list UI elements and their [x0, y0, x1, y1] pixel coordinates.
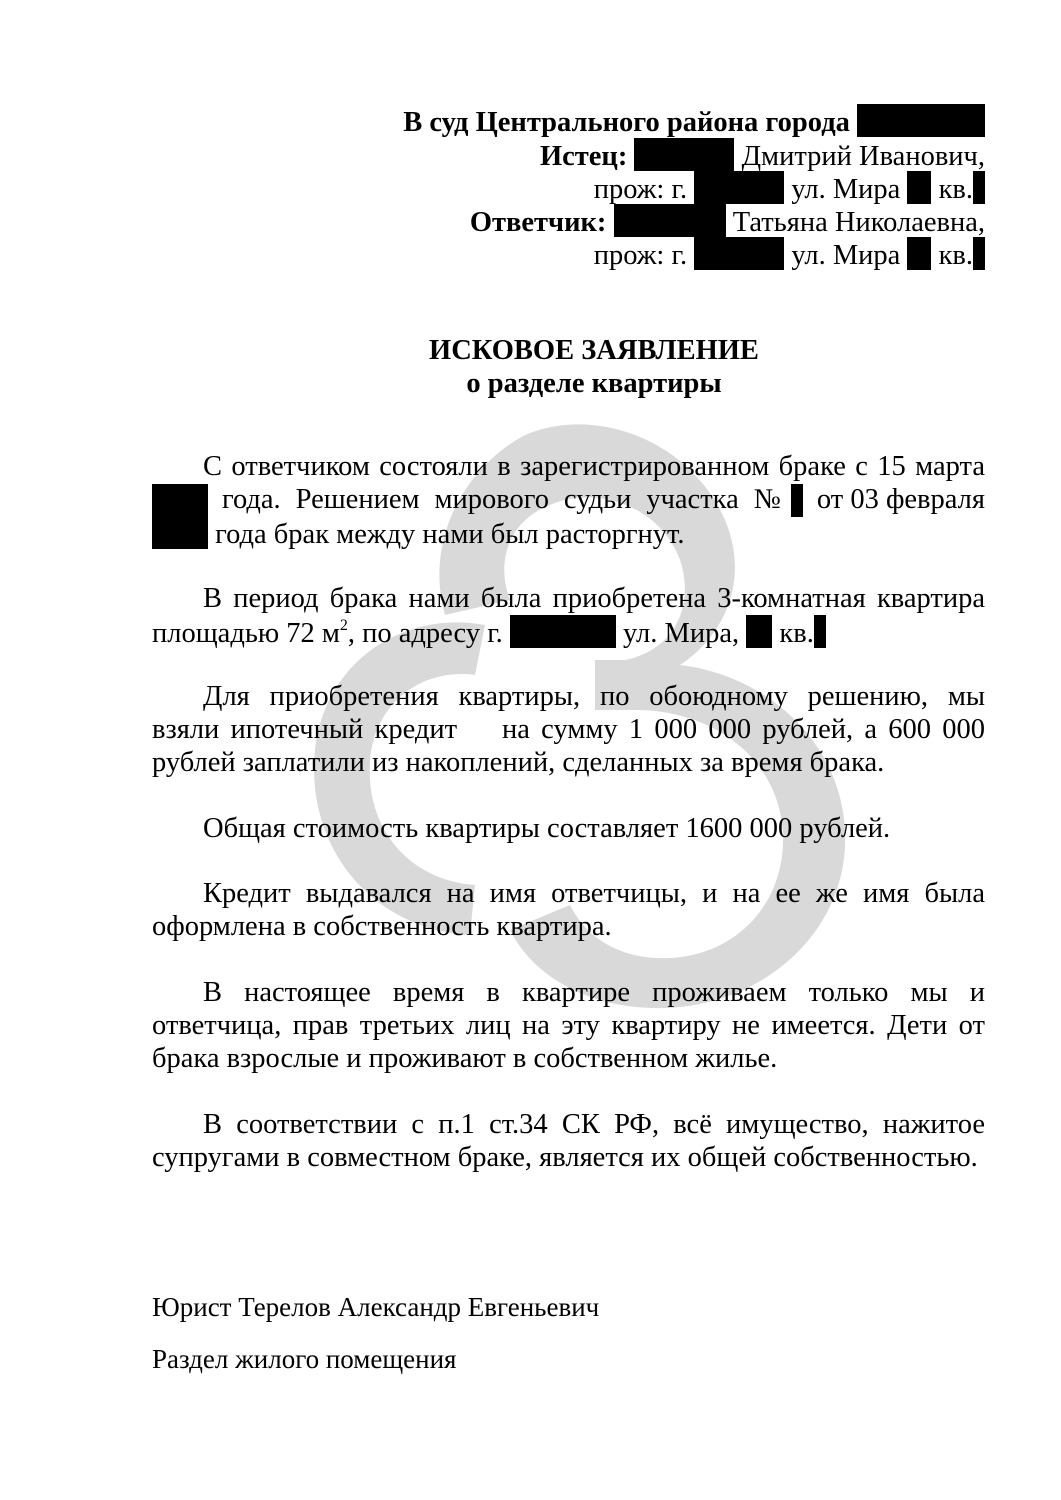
paragraph-3-line-2: взяли ипотечный кредит на сумму 1 000 00…	[152, 713, 985, 747]
defendant-label: Ответчик:	[470, 207, 607, 238]
redaction-plaintiff-city	[694, 171, 784, 204]
plaintiff-address: прож: г. ул. Мира кв.	[594, 171, 985, 207]
redaction-defendant-surname	[614, 204, 726, 237]
redaction-apartment-house	[746, 615, 772, 648]
redaction-divorce-year	[152, 516, 208, 549]
paragraph-6-line-2: ответчица, прав третьих лиц на эту кварт…	[152, 1009, 985, 1043]
paragraph-7-line-2: супругами в совместном браке, является и…	[152, 1141, 978, 1175]
topic-line: Раздел жилого помещения	[152, 1342, 456, 1376]
paragraph-6-line-1: В настоящее время в квартире проживаем т…	[203, 976, 985, 1010]
paragraph-2-line-1: В период брака нами была приобретена 3-к…	[203, 582, 985, 616]
defendant-line: Ответчик: Татьяна Николаевна,	[470, 204, 985, 240]
paragraph-7-line-1: В соответствии с п.1 ст.34 СК РФ, всё им…	[203, 1108, 985, 1142]
redaction-apartment-number	[814, 615, 826, 648]
redaction-plaintiff-house	[907, 171, 931, 204]
paragraph-3-line-3: рублей заплатили из накоплений, сделанны…	[152, 746, 884, 780]
document-subtitle: о разделе квартиры	[0, 367, 1061, 401]
plaintiff-label: Истец:	[540, 141, 627, 172]
paragraph-1-line-3: года брак между нами был расторгнут.	[152, 516, 685, 552]
defendant-address: прож: г. ул. Мира кв.	[594, 237, 985, 273]
redaction-defendant-city	[694, 237, 784, 270]
document-title: ИСКОВОЕ ЗАЯВЛЕНИЕ	[0, 334, 1061, 368]
paragraph-4-line-1: Общая стоимость квартиры составляет 1600…	[203, 812, 890, 846]
paragraph-6-line-3: брака взрослые и проживают в собственном…	[152, 1042, 777, 1076]
paragraph-5-line-2: оформлена в собственность квартира.	[152, 910, 612, 944]
paragraph-1-line-2: года. Решением мирового судьи участка № …	[152, 483, 985, 517]
document-page: В суд Центрального района города Истец: …	[0, 0, 1061, 1500]
redaction-plaintiff-surname	[634, 138, 734, 171]
paragraph-1-line-1: С ответчиком состояли в зарегистрированн…	[203, 450, 985, 484]
redaction-court-district	[791, 484, 803, 517]
redaction-apartment-city	[510, 615, 616, 648]
court-line: В суд Центрального района города	[403, 104, 985, 140]
plaintiff-name: Дмитрий Иванович,	[742, 141, 985, 172]
redaction-defendant-house	[907, 237, 931, 270]
redaction-marriage-year	[152, 484, 208, 517]
paragraph-2-line-2: площадью 72 м2, по адресу г. ул. Мира, к…	[152, 615, 826, 651]
paragraph-3-line-1: Для приобретения квартиры, по обоюдному …	[203, 680, 985, 714]
redaction-city	[857, 104, 985, 137]
author-line: Юрист Терелов Александр Евгеньевич	[152, 1290, 599, 1324]
redaction-plaintiff-apt	[973, 171, 985, 204]
paragraph-5-line-1: Кредит выдавался на имя ответчицы, и на …	[203, 877, 985, 911]
plaintiff-line: Истец: Дмитрий Иванович,	[540, 138, 985, 174]
defendant-name: Татьяна Николаевна,	[733, 207, 985, 238]
redaction-defendant-apt	[973, 237, 985, 270]
